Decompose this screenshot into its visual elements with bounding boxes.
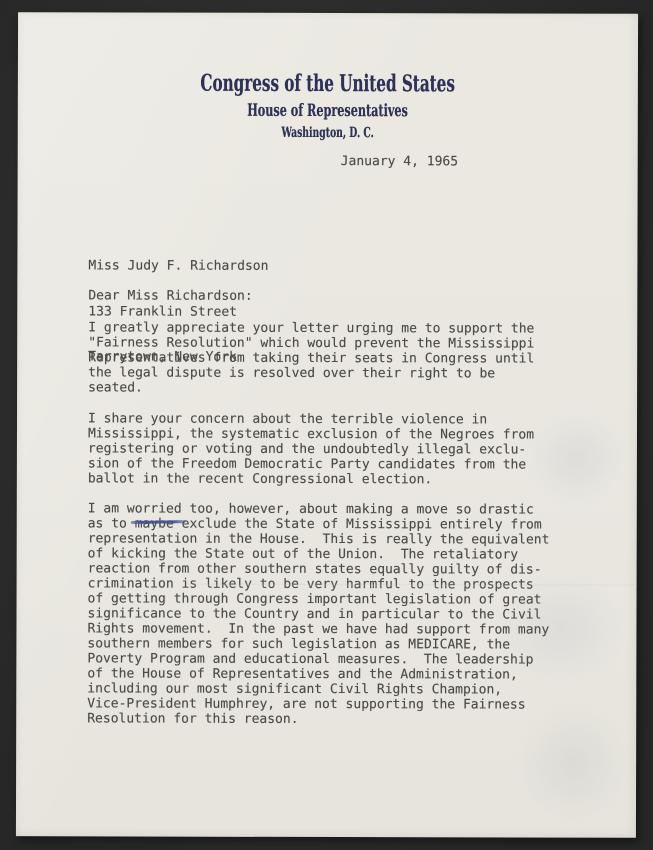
ink-bleedthrough-1 (527, 414, 627, 504)
letterhead-city-text: Washington, D. C. (282, 125, 374, 141)
letter-page: Congress of the United States House of R… (16, 12, 638, 838)
letterhead-line-congress: Congress of the United States (18, 69, 638, 98)
letterhead-house-text: House of Representatives (247, 101, 408, 121)
paragraph-2: I share your concern about the terrible … (88, 411, 534, 487)
paragraph-1: I greatly appreciate your letter urging … (88, 320, 534, 396)
recipient-name: Miss Judy F. Richardson (88, 258, 268, 274)
ink-bleedthrough-2 (496, 573, 626, 683)
scan-background: Congress of the United States House of R… (0, 0, 653, 850)
letterhead-line-city: Washington, D. C. (18, 124, 638, 142)
salutation: Dear Miss Richardson: (88, 288, 252, 303)
letterhead-line-house: House of Representatives (18, 100, 638, 122)
recipient-street: 133 Franklin Street (88, 304, 268, 320)
ink-bleedthrough-3 (516, 703, 631, 823)
letter-date: January 4, 1965 (341, 154, 458, 169)
letterhead-congress-text: Congress of the United States (201, 70, 456, 98)
paragraph-3: I am worried too, however, about making … (87, 501, 549, 727)
